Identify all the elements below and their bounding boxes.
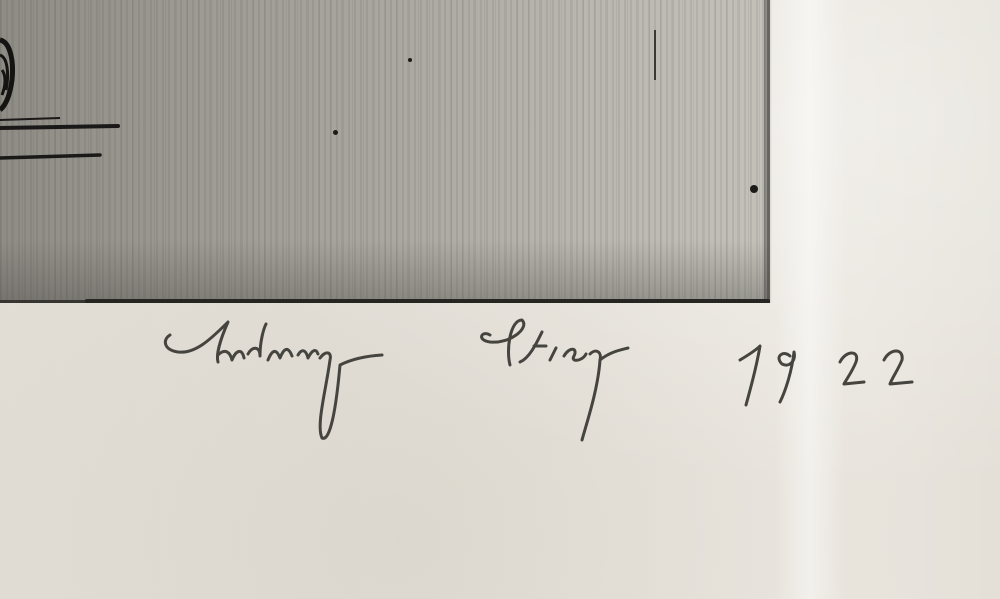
plate-right-edge <box>764 0 772 303</box>
pencil-signature <box>150 310 950 480</box>
paper-highlight <box>775 0 845 599</box>
ink-spot <box>333 130 338 135</box>
plate-shading <box>0 240 770 303</box>
plate-scratch <box>654 30 656 80</box>
etched-figure-fragment <box>0 30 130 170</box>
ink-spot <box>750 185 758 193</box>
ink-spot <box>408 58 412 62</box>
plate-mark-line <box>85 299 770 303</box>
